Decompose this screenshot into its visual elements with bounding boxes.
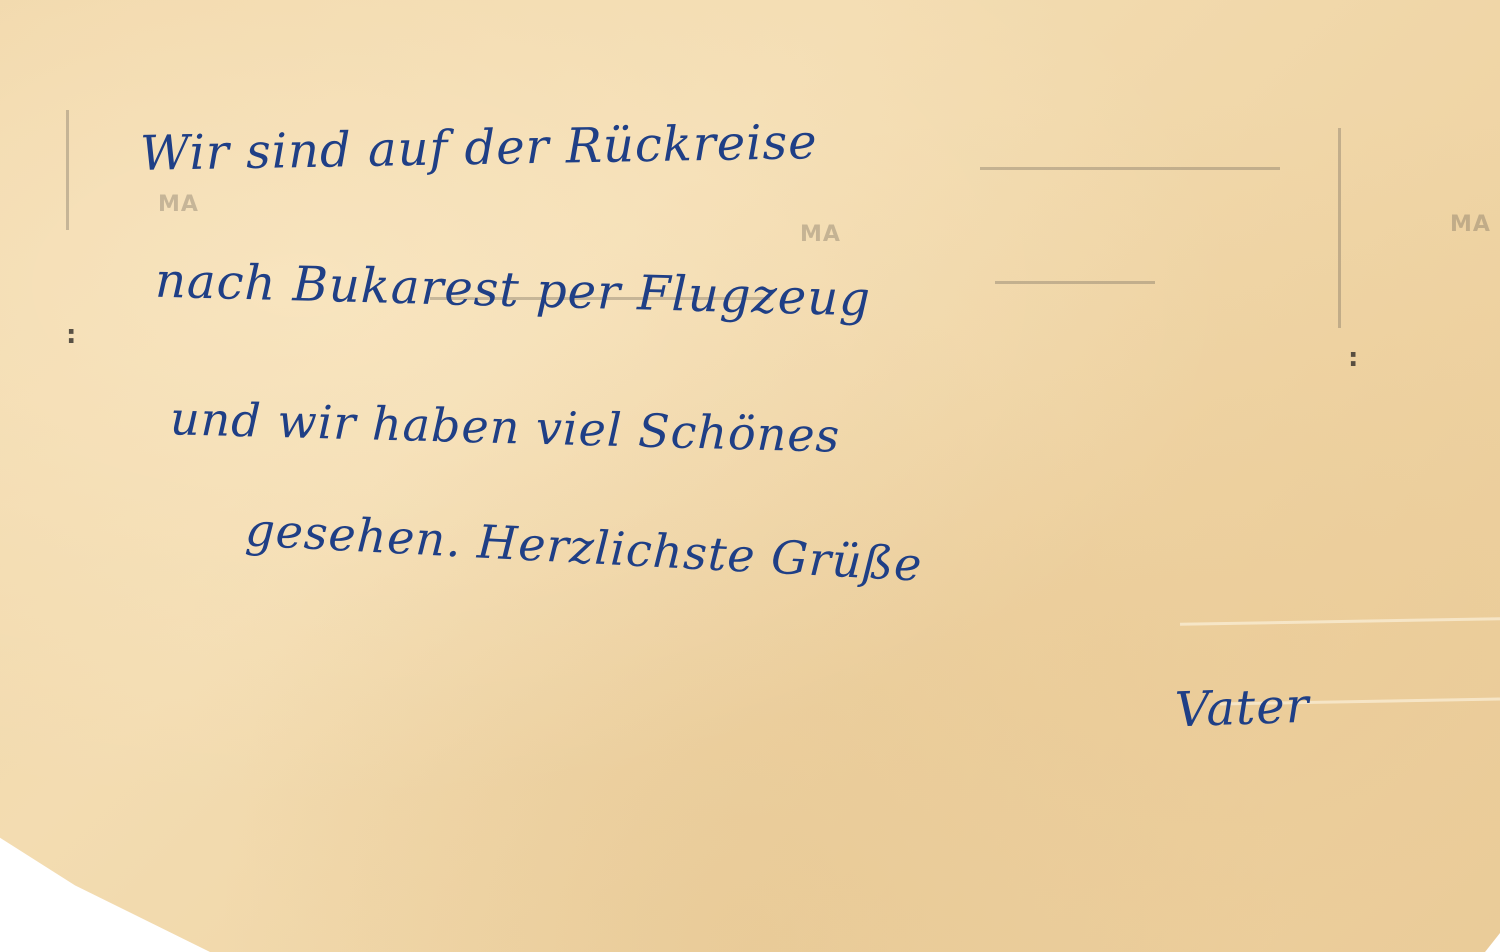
postmark-bar [995,281,1155,284]
postmark-bar [1338,128,1341,328]
colon-mark: : [1348,345,1358,371]
paper-crease [1180,617,1500,626]
message-line-2: nach Bukarest per Flugzeug [154,253,871,328]
message-line-1: Wir sind auf der Rückreise [140,114,818,182]
postmark-bar [980,167,1280,170]
colon-mark: : [66,322,76,348]
message-line-3: und wir haben viel Schönes [169,391,840,463]
message-line-4: gesehen. Herzlichste Grüße [244,502,924,591]
postmark-bar [66,110,69,230]
postmark-fragment: MA [1450,212,1491,237]
postcard: MA MA MA : : Wir sind auf der Rückreise … [0,0,1500,952]
signature: Vater [1174,678,1310,739]
postmark-fragment: MA [158,192,199,217]
postmark-fragment: MA [800,222,841,247]
